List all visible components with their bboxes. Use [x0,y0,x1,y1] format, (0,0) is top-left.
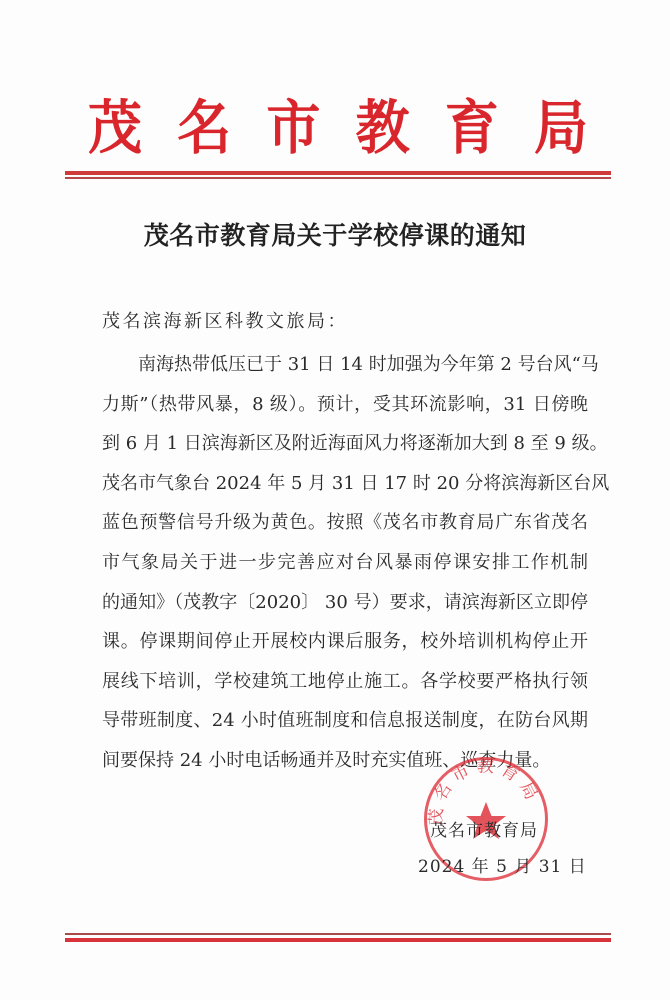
issue-date: 2024 年 5 月 31 日 [418,852,587,877]
body-line: 市气象局关于进一步完善应对台风暴雨停课安排工作机制 [102,543,588,583]
letterhead-char: 市 [266,81,320,164]
document-body: 南海热带低压已于 31 日 14 时加强为今年第 2 号台风“马 力斯”（热带风… [102,345,588,781]
body-line: 蓝色预警信号升级为黄色。按照《茂名市教育局广东省茂名 [102,503,588,543]
footer-divider-thick [65,938,611,942]
body-line: 茂名市气象台 2024 年 5 月 31 日 17 时 20 分将滨海新区台风 [102,464,588,504]
body-line: 展线下培训，学校建筑工地停止施工。各学校要严格执行领 [102,662,588,702]
body-line: 到 6 月 1 日滨海新区及附近海面风力将逐渐加大到 8 至 9 级。 [102,424,588,464]
body-line: 的通知》（茂教字〔2020〕 30 号）要求，请滨海新区立即停 [102,583,588,623]
body-line: 力斯”（热带风暴，8 级）。预计，受其环流影响，31 日傍晚 [102,385,588,425]
letterhead-char: 茂 [88,81,142,164]
letterhead-char: 教 [356,81,410,164]
letterhead-char: 育 [445,81,499,164]
body-line: 南海热带低压已于 31 日 14 时加强为今年第 2 号台风“马 [102,345,588,385]
body-line: 导带班制度、24 小时值班制度和信息报送制度，在防台风期 [102,701,588,741]
letterhead-char: 名 [177,81,231,164]
letterhead-divider-thin [65,177,611,179]
footer-divider-thin [65,933,611,935]
addressee: 茂名滨海新区科教文旅局： [102,307,348,333]
body-line: 课。停课期间停止开展校内课后服务，校外培训机构停止开 [102,622,588,662]
letterhead-divider-thick [65,171,611,175]
issuer-signature: 茂名市教育局 [430,816,538,841]
letterhead-org-name: 茂 名 市 教 育 局 [88,92,588,154]
letterhead-char: 局 [534,81,588,164]
document-title: 茂名市教育局关于学校停课的通知 [0,216,670,252]
